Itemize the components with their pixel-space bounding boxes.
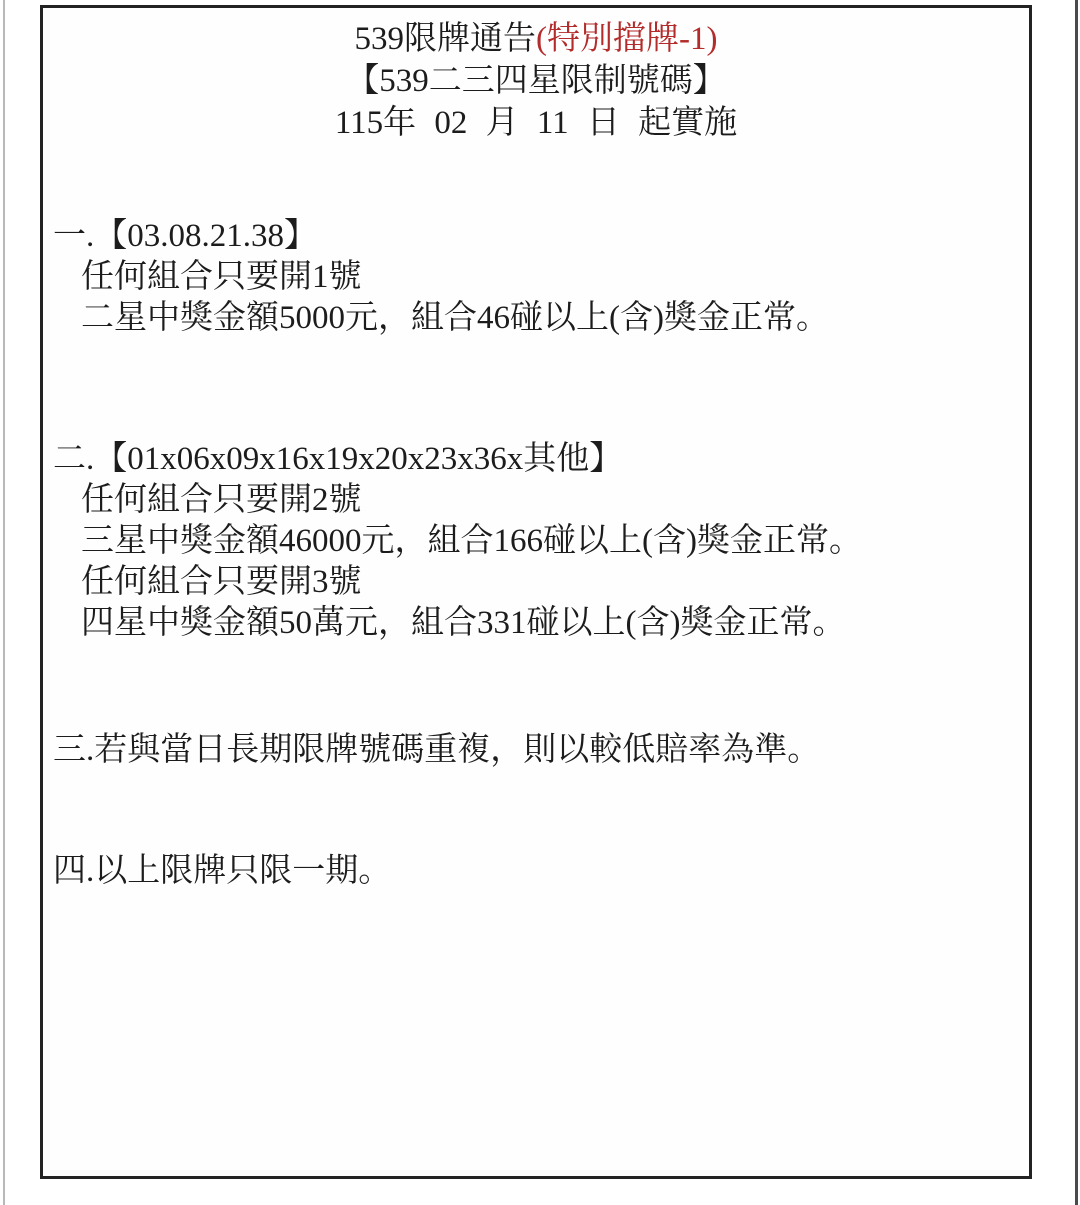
section-2-line: 四星中獎金額50萬元，組合331碰以上(含)獎金正常。 <box>53 603 1021 644</box>
document-title-main: 539限牌通告 <box>355 21 537 57</box>
section-3-heading: 三.若與當日長期限牌號碼重複，則以較低賠率為準。 <box>53 730 1021 771</box>
section-1-line: 二星中獎金額5000元，組合46碰以上(含)獎金正常。 <box>53 298 1021 339</box>
section-2: 二.【01x06x09x16x19x20x23x36x其他】 任何組合只要開2號… <box>53 439 1021 644</box>
section-4: 四.以上限牌只限一期。 <box>53 851 1021 892</box>
document-title: 539限牌通告(特別擋牌-1) <box>51 18 1021 60</box>
document-title-suffix: (特別擋牌-1) <box>536 21 717 57</box>
effective-date: 115年 02 月 11 日 起實施 <box>51 102 1021 144</box>
section-2-heading: 二.【01x06x09x16x19x20x23x36x其他】 <box>53 439 1021 480</box>
scan-right-edge-line <box>1075 0 1078 1205</box>
section-2-line: 任何組合只要開2號 <box>53 480 1021 521</box>
section-1-heading: 一.【03.08.21.38】 <box>53 216 1021 257</box>
section-1-line: 任何組合只要開1號 <box>53 257 1021 298</box>
document-content: 539限牌通告(特別擋牌-1) 【539二三四星限制號碼】 115年 02 月 … <box>43 8 1029 892</box>
section-2-line: 任何組合只要開3號 <box>53 562 1021 603</box>
section-2-line: 三星中獎金額46000元，組合166碰以上(含)獎金正常。 <box>53 521 1021 562</box>
section-4-heading: 四.以上限牌只限一期。 <box>53 851 1021 892</box>
section-1: 一.【03.08.21.38】 任何組合只要開1號 二星中獎金額5000元，組合… <box>53 216 1021 339</box>
scan-left-edge-line <box>3 0 5 1205</box>
document-subtitle: 【539二三四星限制號碼】 <box>51 60 1021 102</box>
document-border-frame: 539限牌通告(特別擋牌-1) 【539二三四星限制號碼】 115年 02 月 … <box>40 5 1032 1179</box>
section-3: 三.若與當日長期限牌號碼重複，則以較低賠率為準。 <box>53 730 1021 771</box>
document-header: 539限牌通告(特別擋牌-1) 【539二三四星限制號碼】 115年 02 月 … <box>51 18 1021 144</box>
